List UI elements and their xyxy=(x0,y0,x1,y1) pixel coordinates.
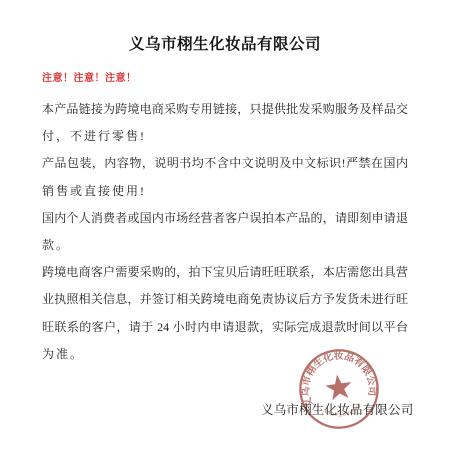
seal-star xyxy=(324,373,353,401)
attention-warning-text: 注意！注意！注意！ xyxy=(42,69,137,84)
body-line: 业执照相关信息，并签订相关跨境电商免责协议后方予发货未进行旺 xyxy=(42,292,408,310)
company-title: 义乌市栩生化妆品有限公司 xyxy=(0,32,450,54)
body-line: 款。 xyxy=(42,238,408,256)
body-line: 跨境电商客户需要采购的，拍下宝贝后请旺旺联系，本店需您出具营 xyxy=(42,265,408,283)
body-line: 产品包装，内容物，说明书均不含中文说明及中文标识!严禁在国内 xyxy=(42,156,408,174)
body-line: 国内个人消费者或国内市场经营者客户误拍本产品的，请即刻申请退 xyxy=(42,211,408,229)
notice-document: 义乌市栩生化妆品有限公司 注意！注意！注意！ 本产品链接为跨境电商采购专用链接，… xyxy=(0,0,450,450)
body-line: 付，不进行零售! xyxy=(42,129,408,147)
body-line: 旺联系的客户，请于 24 小时内申请退款，实际完成退款时间以平台 xyxy=(42,320,408,338)
body-line: 销售或直接使用! xyxy=(42,184,408,202)
body-line: 本产品链接为跨境电商采购专用链接，只提供批发采购服务及样品交 xyxy=(42,102,408,120)
company-seal: 义乌市栩生化妆品有限公司 3307252096 xyxy=(292,342,387,437)
signature-company-name: 义乌市栩生化妆品有限公司 xyxy=(261,400,421,418)
